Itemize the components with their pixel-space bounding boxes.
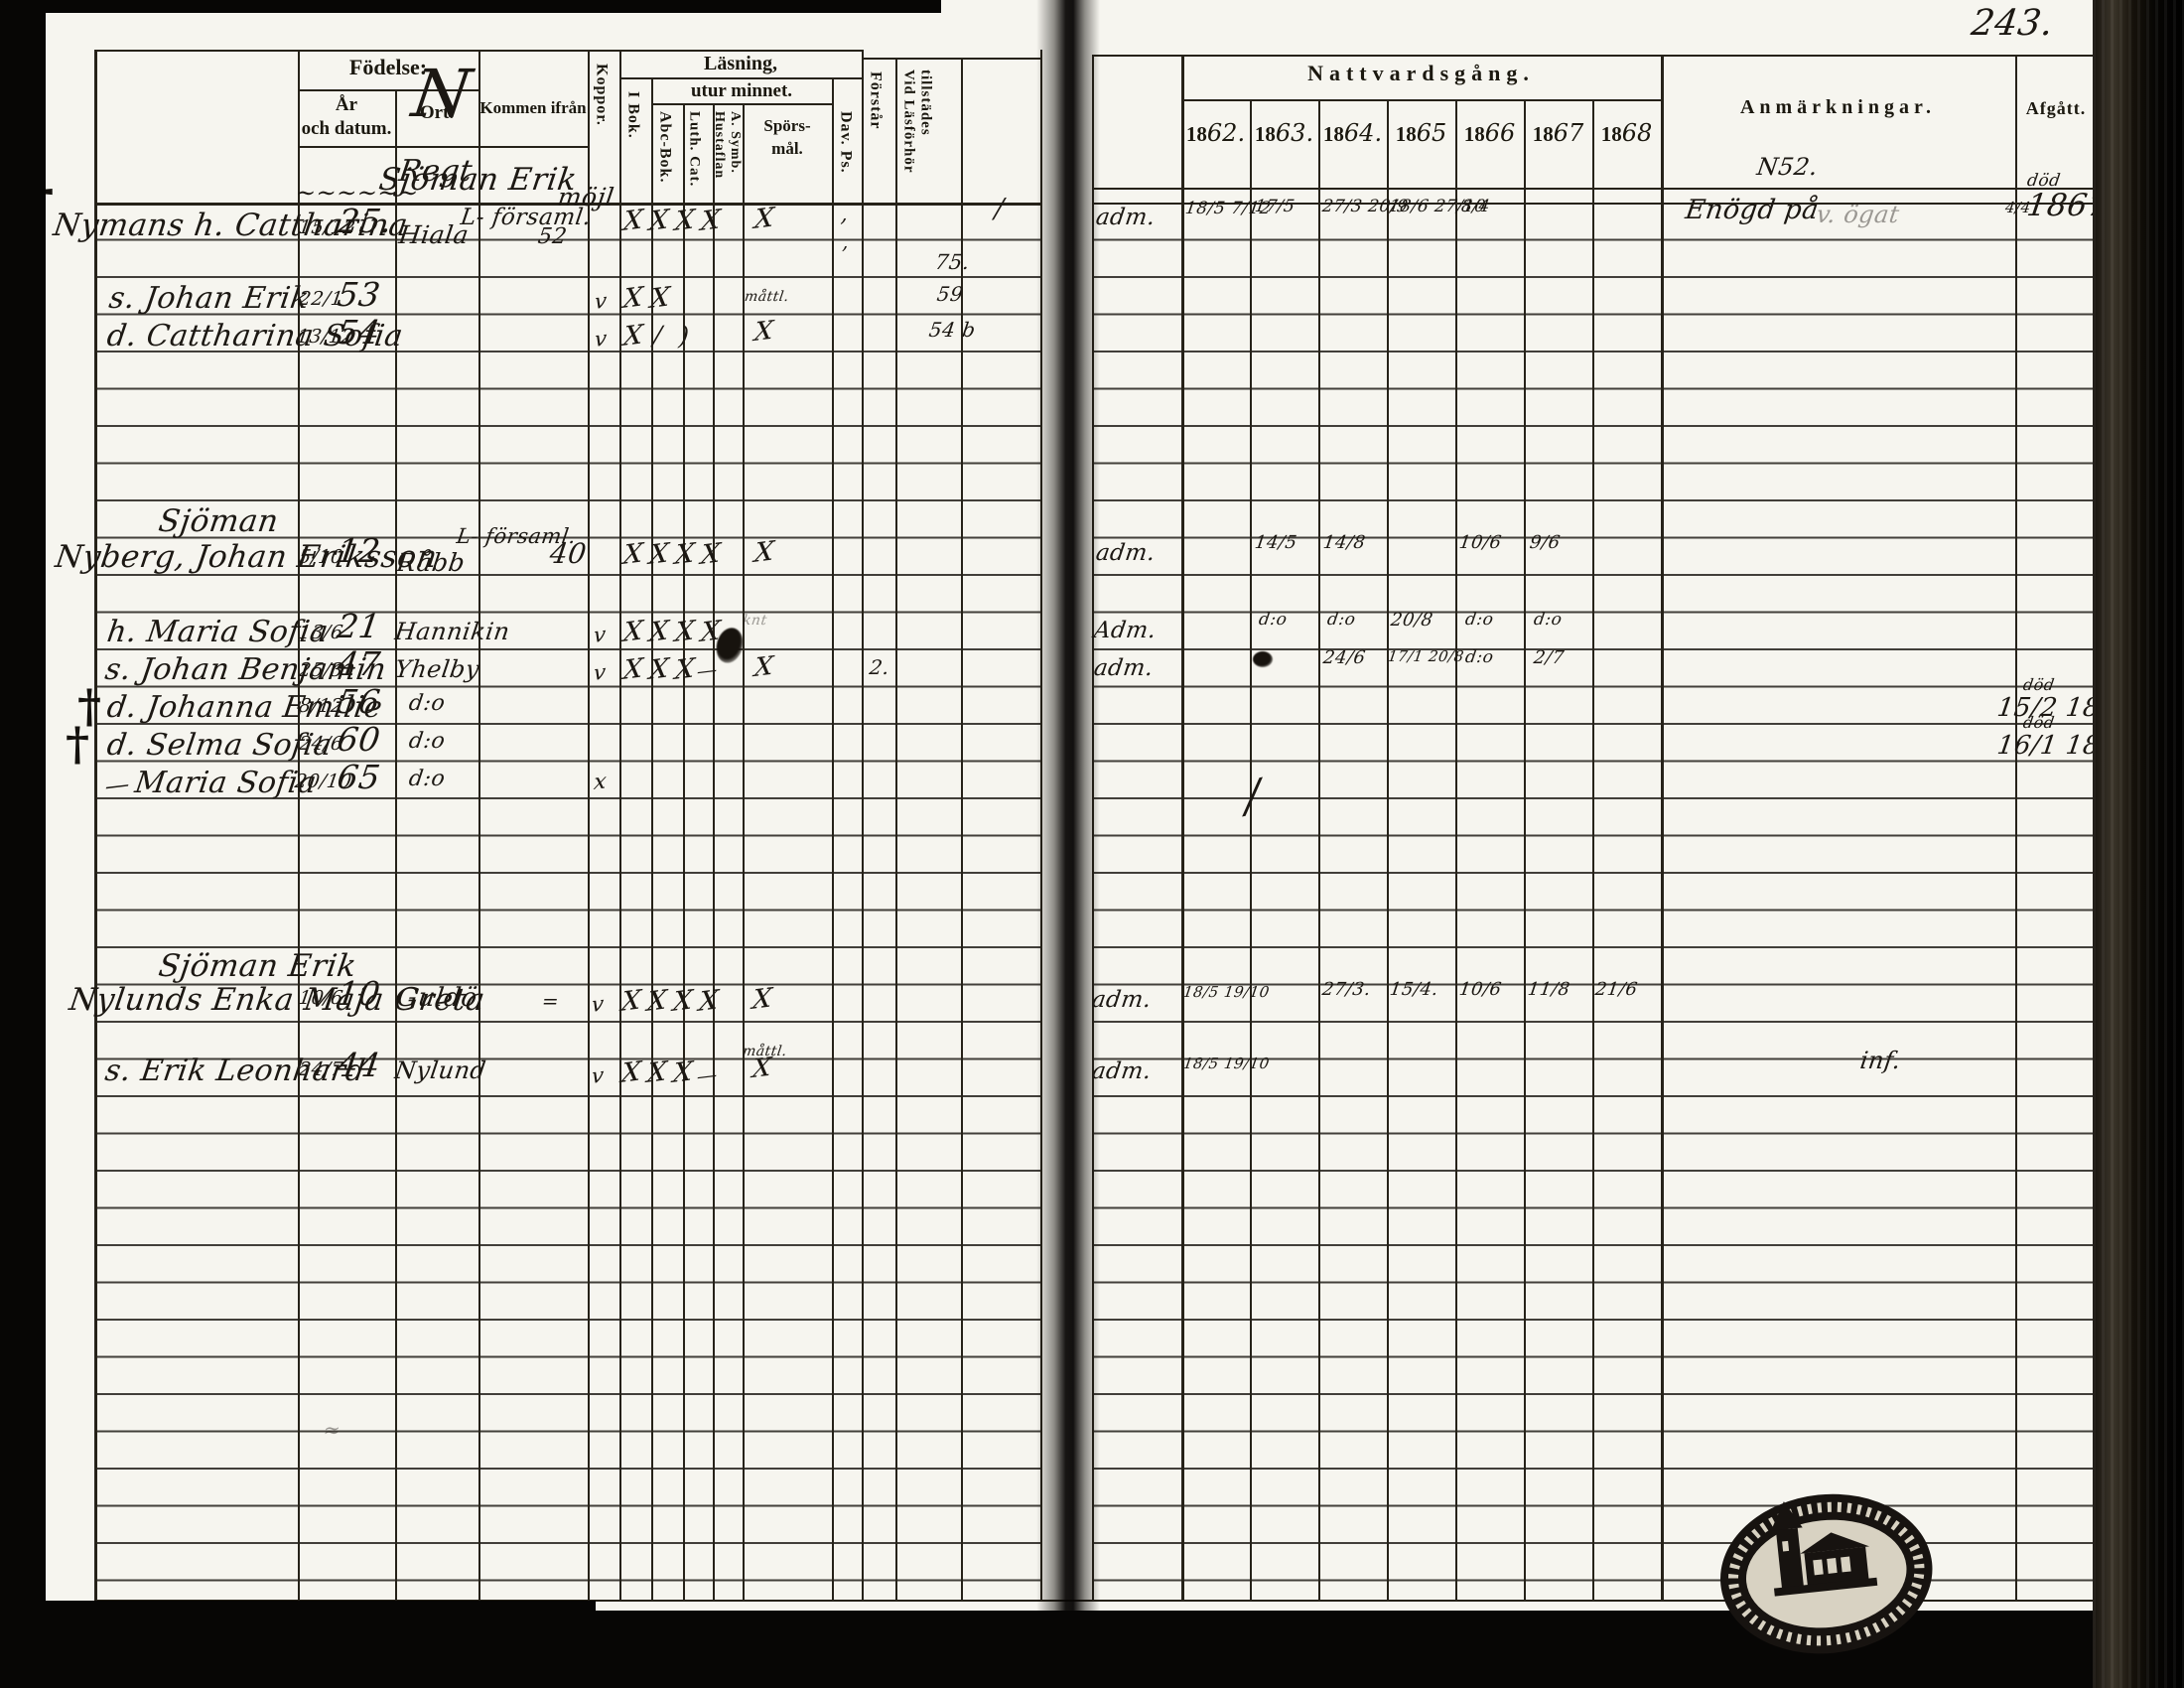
rule-line-v xyxy=(1661,55,1664,1601)
rule-line-v xyxy=(2015,55,2017,1601)
row22-communion-1865: 15/4. xyxy=(1389,981,1439,999)
rule-line-v xyxy=(619,50,621,1601)
row3-mark-2: X xyxy=(649,284,672,313)
header-regt: Regt xyxy=(397,157,475,187)
rule-line-h xyxy=(298,146,588,148)
row4-birth-year: 54 xyxy=(336,316,383,349)
col-header-afgatt: Afgått. xyxy=(2015,97,2097,120)
col-header-i-bok: I Bok. xyxy=(623,91,653,201)
row24-mark-1: X xyxy=(620,1058,643,1087)
row4-mark-1: X xyxy=(622,322,645,351)
row22-communion-1868: 21/6 xyxy=(1594,981,1639,999)
row24-mark-2: X xyxy=(646,1058,669,1087)
row1-remark: Enögd på xyxy=(1684,197,1821,223)
row12-mark-koppor: v xyxy=(593,625,607,646)
row10-mark-3: X xyxy=(674,540,697,569)
row3-attendance: 59 xyxy=(936,284,965,304)
row22-birth-year: 10 xyxy=(336,977,383,1010)
header-name-initial: N xyxy=(408,62,476,127)
row10-communion-1867: 9/6 xyxy=(1529,534,1562,552)
row10-name: Nyberg, Johan Eriksson xyxy=(54,542,440,573)
scan-edge-top xyxy=(0,0,941,13)
row12-communion-1867: d:o xyxy=(1533,612,1564,629)
col-header-forstar: Förstår xyxy=(866,71,895,220)
row1-mark-abc: X xyxy=(648,207,671,235)
row3-name: s. Johan Erik xyxy=(107,284,311,314)
ruled-rows-right-page xyxy=(1092,204,2097,1601)
rule-line-v xyxy=(1318,99,1320,1601)
row16-mark-koppor: x xyxy=(593,772,608,794)
row24-birthplace: Nylund xyxy=(393,1058,487,1082)
row1-birth-year: 25. xyxy=(337,205,395,237)
row22-birthplace: Guldö xyxy=(395,985,478,1011)
row13-communion-1867: 2/7 xyxy=(1533,649,1566,667)
row4-mark-koppor: v xyxy=(594,329,608,351)
row15-margin-cross: † xyxy=(66,721,90,767)
row3-mark-1: X xyxy=(622,284,645,313)
page-fold-shadow xyxy=(1036,0,1100,1611)
row24-birth-year: 44 xyxy=(336,1049,383,1081)
row13-mark-3: X xyxy=(674,655,697,684)
col-header-nattvardsgang: Nattvardsgång. xyxy=(1181,60,1661,87)
row10-mark-2: X xyxy=(648,540,671,569)
row24-mark-sporsmal: X xyxy=(751,1055,773,1082)
col-header-sporsmal: Spörs- mål. xyxy=(743,115,832,161)
ink-smudge xyxy=(1253,651,1273,667)
row10-communion-1864: 14/8 xyxy=(1322,534,1367,552)
row1-came-from-year: 52 xyxy=(536,226,568,248)
rule-line-v xyxy=(1524,99,1526,1601)
rule-line-h xyxy=(651,103,832,105)
rule-line-v xyxy=(478,50,480,1601)
row13-mark-sporsmal: X xyxy=(753,653,775,681)
row12-communion-1863: d:o xyxy=(1258,612,1289,629)
family2-title: Sjöman xyxy=(157,506,281,537)
row13-birth-year: 47 xyxy=(336,647,383,680)
row13-communion-1864: 24/6 xyxy=(1322,649,1367,667)
row10-communion-1863: 14/5 xyxy=(1254,534,1298,552)
row1-mark-ibok: X xyxy=(622,207,645,235)
row12-birthplace: Hannikin xyxy=(393,620,511,643)
row13-mark-dash: — xyxy=(696,659,719,681)
row12-communion-1864: d:o xyxy=(1326,612,1357,629)
remark-header-note: N52. xyxy=(1755,155,1820,179)
row24-mark-dash: — xyxy=(696,1064,719,1086)
row4-mark-sporsmal: X xyxy=(753,318,775,346)
col-header-vid-lasforhor: Vid Läsförhör tillstädes xyxy=(899,70,961,248)
row12-communion-status: Adm. xyxy=(1092,620,1158,642)
row16-birthplace: d:o xyxy=(407,769,446,790)
year-1865: 1865 xyxy=(1387,103,1455,187)
col-header-lasning: Läsning, xyxy=(619,52,862,76)
rule-line-v xyxy=(1250,99,1252,1601)
row22-mark-1: X xyxy=(620,987,643,1016)
row13-communion-status: adm. xyxy=(1092,657,1155,680)
row12-note: knt xyxy=(742,614,768,628)
year-1867: 1867 xyxy=(1524,103,1592,187)
rule-line-v xyxy=(862,50,864,1601)
scan-edge-right xyxy=(2093,0,2184,1688)
rule-line-h xyxy=(1092,55,2097,57)
year-1862: 1862. xyxy=(1181,103,1250,187)
parish-seal-stamp xyxy=(1706,1478,1947,1675)
row1-note-mojl: möjl xyxy=(556,185,615,210)
row1-communion-1863: 17/5 xyxy=(1254,199,1297,215)
rule-line-v xyxy=(743,103,745,1601)
row22-communion-1867: 11/8 xyxy=(1527,981,1571,999)
row22-mark-koppor: v xyxy=(591,994,605,1016)
row12-mark-3: X xyxy=(674,618,697,646)
row12-mark-1: X xyxy=(622,618,645,646)
row10-communion-1866: 10/6 xyxy=(1458,534,1503,552)
row22-communion-1862: 18/5 19/10 xyxy=(1182,985,1271,1000)
church-seal-icon xyxy=(1706,1478,1947,1670)
row10-birth-year: 12 xyxy=(336,534,383,567)
row10-mark-1: X xyxy=(622,540,645,569)
rule-line-h xyxy=(1181,99,1661,101)
year-1863: 1863. xyxy=(1250,103,1318,187)
row10-birthplace: Råbb xyxy=(395,550,467,575)
row12-communion-1865: 20/8 xyxy=(1390,612,1434,630)
row22-communion-1864: 27/3. xyxy=(1321,981,1372,999)
year-header-row: 1862.1863.1864.1865186618671868 xyxy=(1181,103,1661,187)
row12-mark-2: X xyxy=(648,618,671,646)
row16-dash: — xyxy=(104,772,131,798)
rule-line-v xyxy=(395,89,397,1601)
col-header-kommen-ifran: Kommen ifrån xyxy=(478,97,588,118)
row1-communion-1866: 8/4 xyxy=(1460,199,1491,215)
row13-communion-1866: d:o xyxy=(1464,649,1495,666)
row1-mark-luth: X xyxy=(674,207,697,235)
row2-attendance: 75. xyxy=(934,252,972,273)
rule-line-v xyxy=(1181,55,1184,1601)
col-header-utur-minnet: utur minnet. xyxy=(651,79,832,103)
year-1866: 1866 xyxy=(1455,103,1524,187)
row10-mark-sporsmal: X xyxy=(753,538,776,567)
row24-remark: inf. xyxy=(1858,1049,1902,1072)
row14-departed-word: död xyxy=(2022,677,2056,693)
rule-line-v xyxy=(1455,99,1457,1601)
row3-birth-year: 53 xyxy=(336,278,383,311)
row14-birthplace: d:o xyxy=(407,693,446,715)
row13-communion-1865: 17/1 20/8 xyxy=(1387,649,1465,664)
col-header-koppor: Koppor. xyxy=(592,64,621,203)
row1-communion-status: adm. xyxy=(1094,207,1157,229)
row24-mark-3: X xyxy=(672,1058,695,1087)
scanned-document-page: Födelse: År och datum. Ort. Kommen ifrån… xyxy=(0,0,2184,1688)
col-header-anmarkningar: Anmärkningar. xyxy=(1661,95,2015,120)
col-header-ar-och-datum: År och datum. xyxy=(298,93,395,141)
row22-mark-sporsmal: X xyxy=(751,985,774,1014)
row1-remark-faint: v. ögat xyxy=(1815,203,1901,226)
row13-birthplace: Yhelby xyxy=(393,657,480,681)
row22-communion-1866: 10/6 xyxy=(1458,981,1503,999)
rule-line-v xyxy=(1387,99,1389,1601)
row22-mark-3: X xyxy=(672,987,695,1016)
stray-stroke: / xyxy=(1244,774,1261,819)
rule-line-v xyxy=(1592,99,1594,1601)
rule-line-v xyxy=(895,58,897,1601)
row10-communion-status: adm. xyxy=(1094,542,1157,565)
row22-mark-2: X xyxy=(646,987,669,1016)
rule-line-v xyxy=(94,50,97,1601)
row16-birth-year: 65 xyxy=(336,761,383,793)
row1-mark-sporsmal: X xyxy=(753,205,776,233)
row15-birthplace: d:o xyxy=(407,731,446,753)
row16-name: Maria Sofia xyxy=(133,769,319,798)
row13-mark-2: X xyxy=(648,655,671,684)
row4-attendance: 54 b xyxy=(928,320,977,340)
row13-mark-koppor: v xyxy=(593,662,607,684)
rule-line-v xyxy=(832,77,834,1601)
rule-line-v xyxy=(713,103,715,1601)
row12-communion-1866: d:o xyxy=(1464,612,1495,629)
row4-note-mattl: måttl. xyxy=(744,290,790,304)
row15-departed-word: död xyxy=(2022,715,2056,731)
row14-birth-year: 56 xyxy=(336,685,383,718)
row12-birth-year: 21 xyxy=(336,610,383,642)
row10-mark-4: X xyxy=(700,540,723,569)
row13-mark-1: X xyxy=(622,655,645,684)
row15-birth-year: 60 xyxy=(336,723,383,756)
row24-mark-koppor: v xyxy=(591,1065,605,1087)
family3-title: Sjöman Erik xyxy=(157,951,358,982)
col-header-hustaflan: Hustaflan A. Symb. xyxy=(711,111,745,270)
ruled-rows-left-page xyxy=(94,204,1040,1601)
row13-forstar: 2. xyxy=(869,657,891,677)
row22-mark-4: X xyxy=(698,987,721,1016)
stray-mark-bottom: ≈ xyxy=(323,1420,342,1440)
year-1868: 1868 xyxy=(1592,103,1661,187)
row1-mark-hust: X xyxy=(700,207,723,235)
rule-line-h xyxy=(862,58,1040,60)
row3-mark-koppor: v xyxy=(594,291,608,313)
page-number: 243. xyxy=(1969,6,2055,42)
row24-communion-1862: 18/5 19/10 xyxy=(1182,1056,1271,1071)
row22-came-from: = xyxy=(541,991,561,1011)
scan-edge-left xyxy=(0,0,46,1688)
rule-line-h xyxy=(1092,188,2097,190)
rule-line-v xyxy=(588,50,590,1601)
year-1864: 1864. xyxy=(1318,103,1387,187)
row10-came-from-year: 40 xyxy=(548,540,589,568)
